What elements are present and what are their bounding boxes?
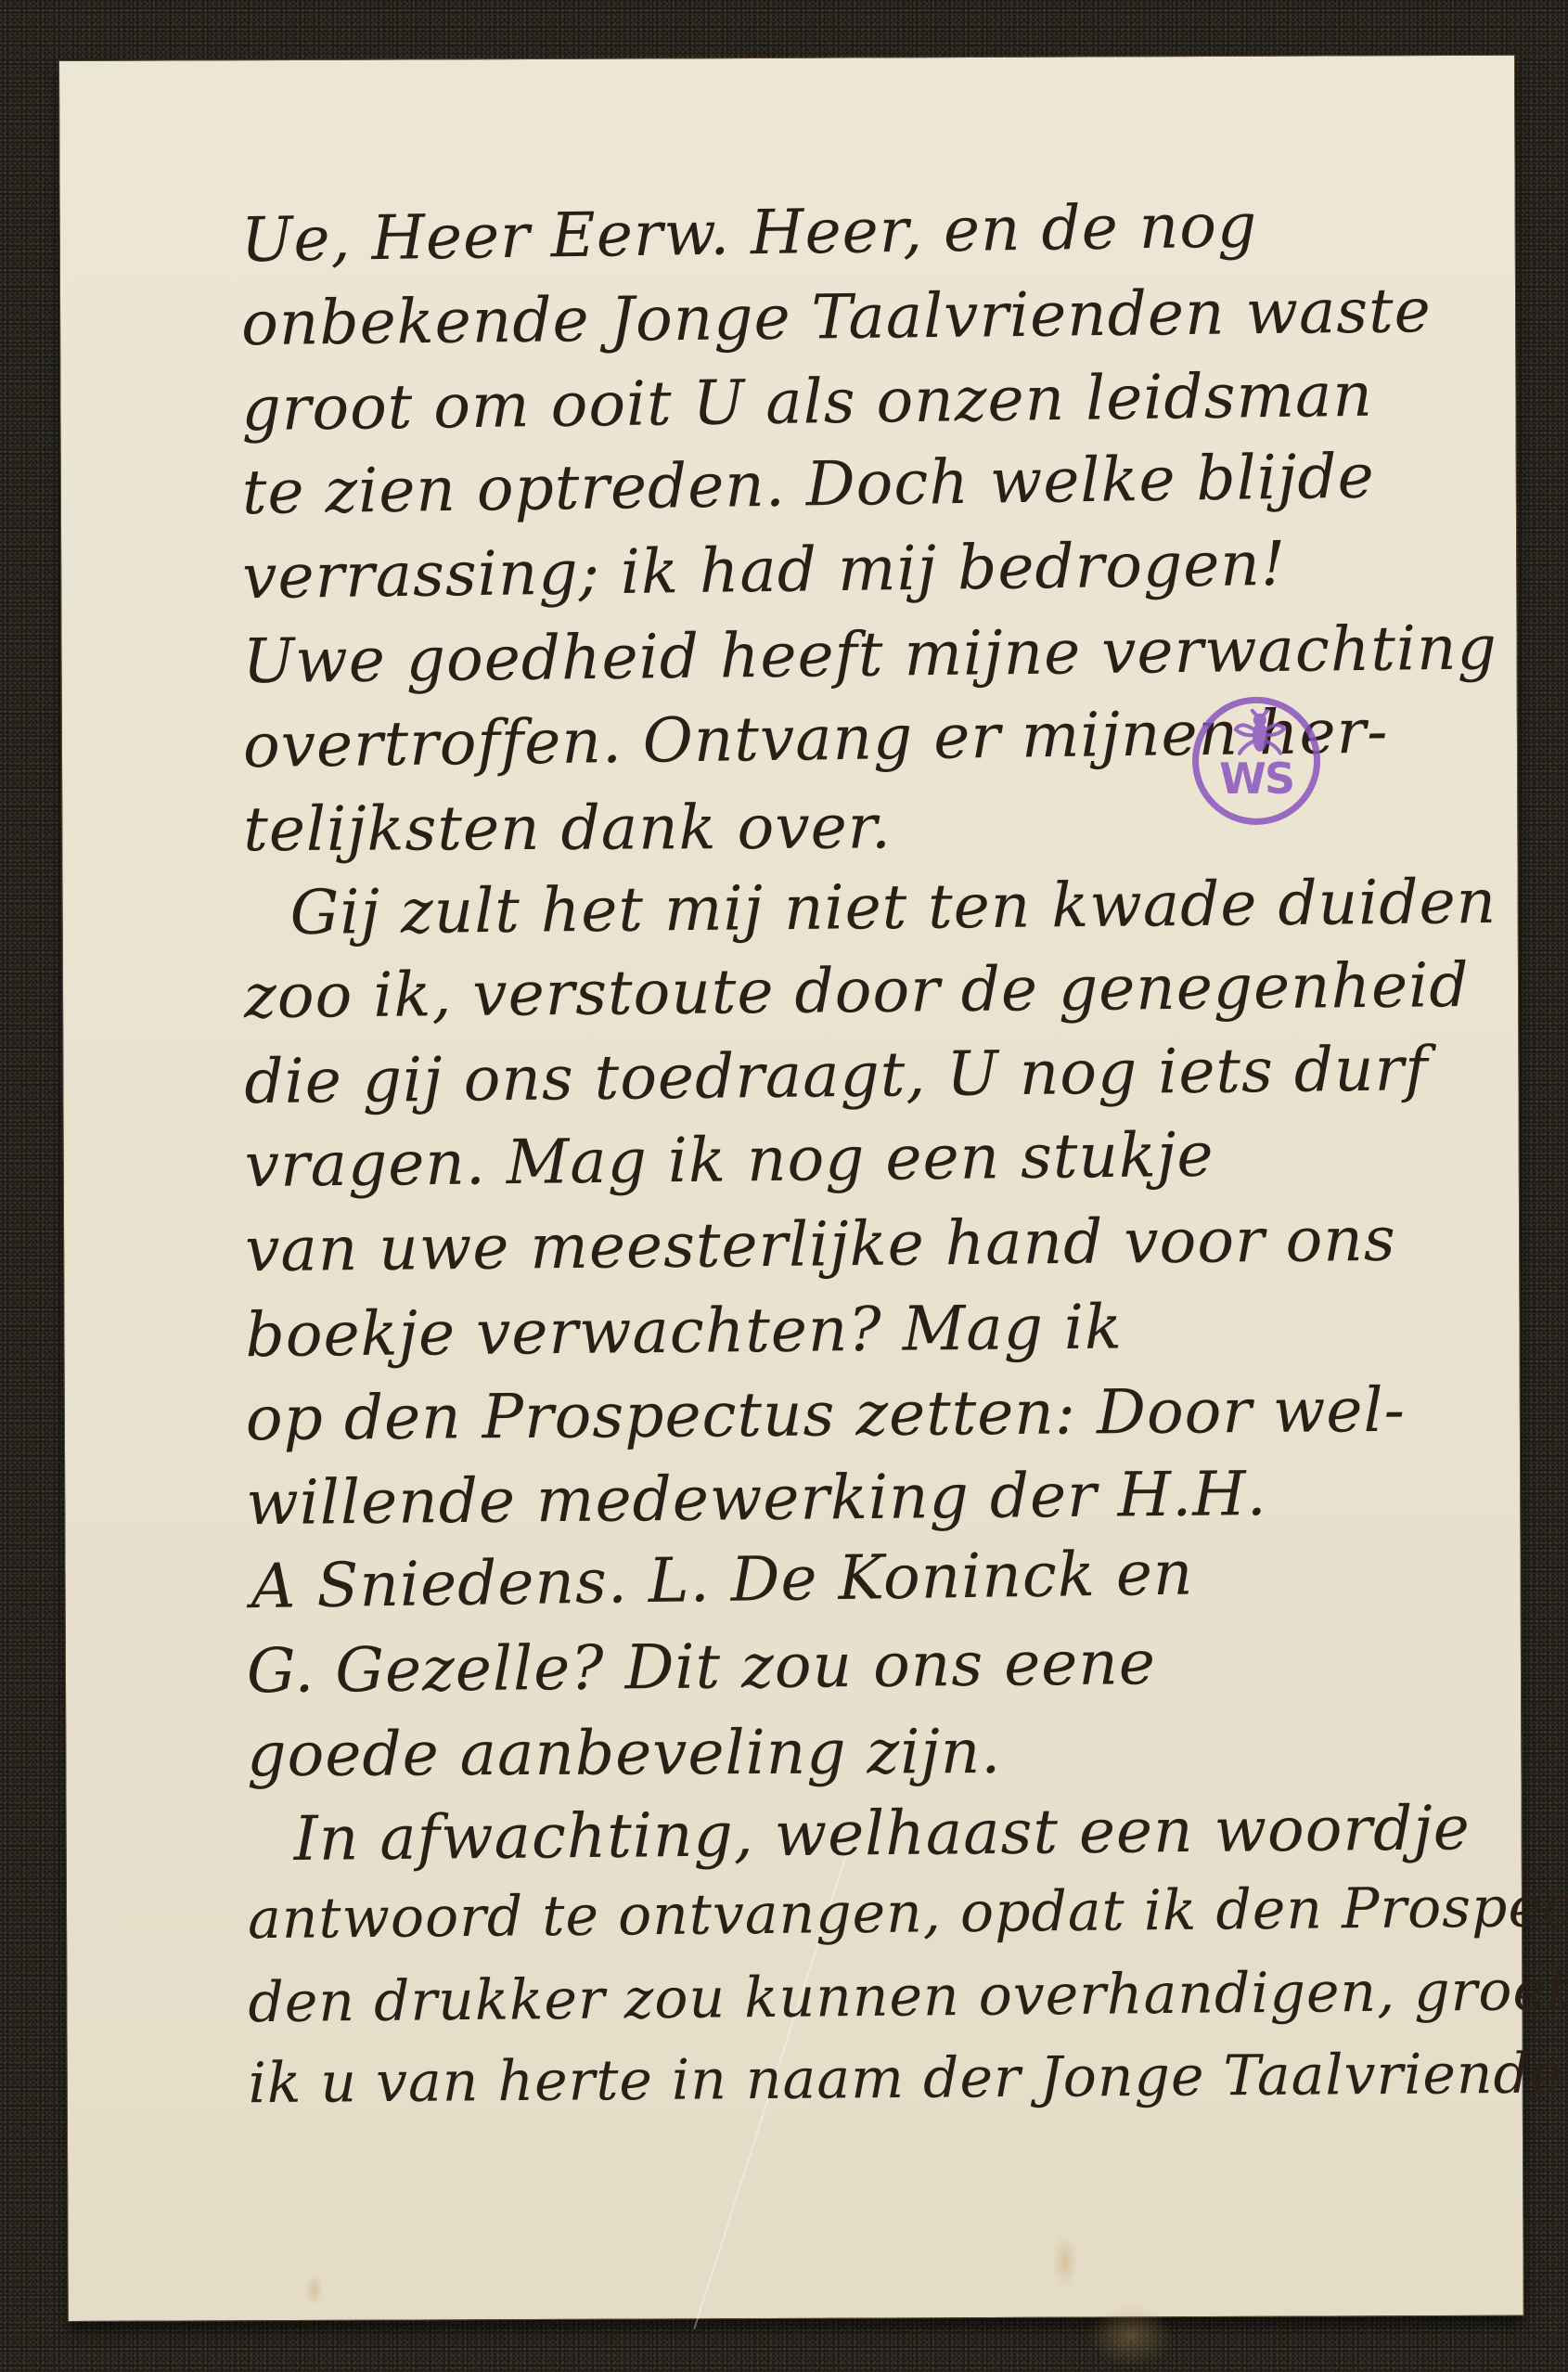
letter-line: willende medewerking der H.H. (246, 1458, 1267, 1539)
letter-line: Gij zult het mij niet ten kwade duiden (289, 866, 1497, 948)
library-stamp: WS (1192, 697, 1321, 826)
letter-line: boekje verwachten? Mag ik (245, 1291, 1123, 1371)
letter-line: die gij ons toedraagt, U nog iets durf (244, 1033, 1429, 1117)
letter-line: te zien optreden. Doch welke blijde (241, 441, 1375, 529)
letter-line: goede aanbeveling zijn. (247, 1716, 1001, 1790)
letter-line: den drukker zou kunnen overhandigen, gro… (248, 1958, 1568, 2035)
stamp-text: WS (1199, 754, 1314, 804)
letter-line: In afwachting, welhaast een woordje (293, 1792, 1471, 1875)
letter-line: van uwe meesterlijke hand voor ons (245, 1204, 1396, 1285)
letter-line: vragen. Mag ik nog een stukje (244, 1119, 1214, 1201)
letter-line: verrassing; ik had mij bedrogen! (242, 528, 1287, 612)
letter-line: antwoord te ontvangen, opdat ik den Pros… (248, 1874, 1568, 1952)
letter-line: Uwe goedheid heeft mijne verwachting (242, 612, 1497, 697)
letter-line: op den Prospectus zetten: Door wel- (246, 1374, 1407, 1454)
letter-line: Ue, Heer Eerw. Heer, en de nog (240, 189, 1258, 276)
letter-line: G. Gezelle? Dit zou ons eene (247, 1627, 1157, 1707)
letter-line: onbekende Jonge Taalvrienden waste (241, 275, 1432, 359)
letter-line: telijksten dank over. (243, 791, 892, 865)
letter-line: zoo ik, verstoute door de genegenheid (244, 949, 1470, 1032)
letter-body: Ue, Heer Eerw. Heer, en de nog onbekende… (59, 56, 1523, 2321)
letter-line: groot om ooit U als onzen leidsman (241, 359, 1373, 445)
letter-line: A Sniedens. L. De Koninck en (251, 1537, 1194, 1622)
letter-line: ik u van herte in naam der Jonge Taalvri… (248, 2041, 1568, 2116)
letter-page: Ue, Heer Eerw. Heer, en de nog onbekende… (58, 55, 1524, 2322)
